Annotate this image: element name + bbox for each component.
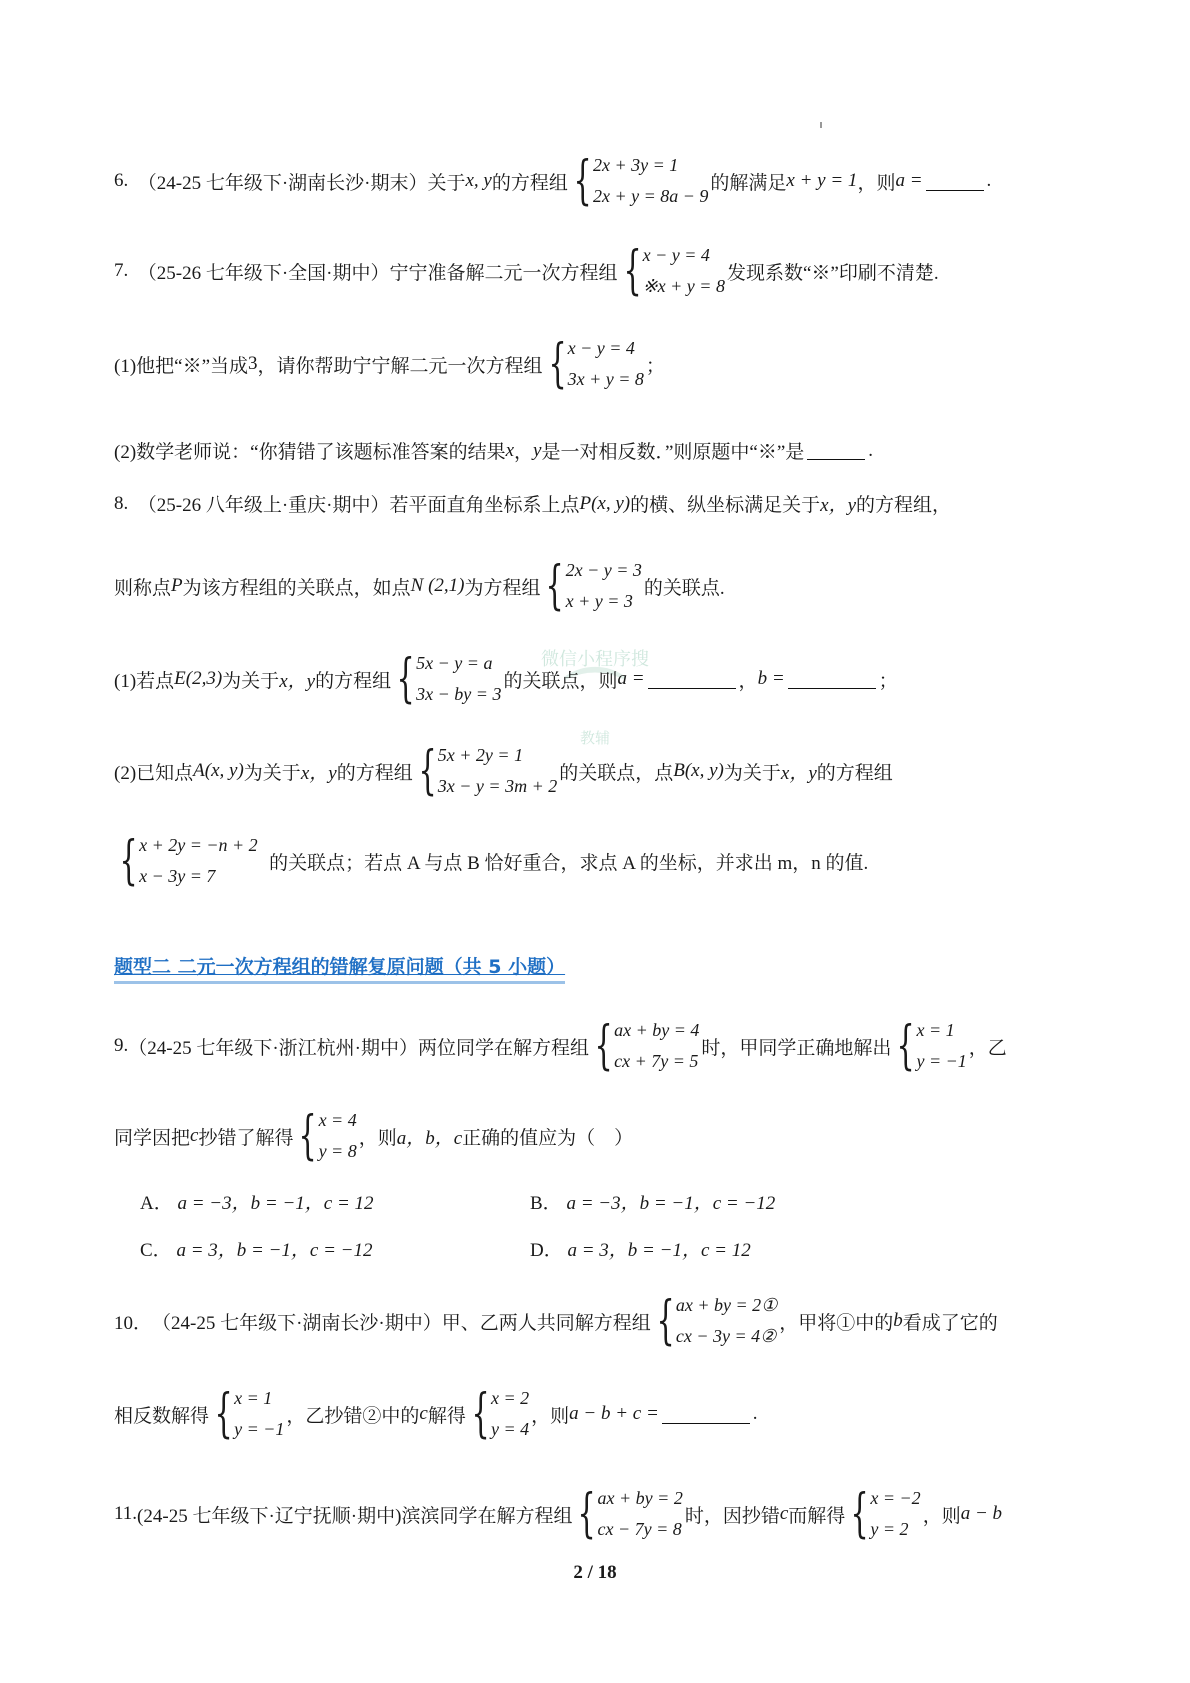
text: 是一对相反数．”则原题中“※”是 xyxy=(541,437,804,464)
text: ，则 xyxy=(923,1501,961,1528)
equation: 5x − y = a xyxy=(416,648,501,679)
brace-icon: { xyxy=(397,653,415,705)
question-number: 7. xyxy=(114,260,128,282)
answer-blank-a[interactable] xyxy=(648,670,736,689)
equation: 3x − by = 3 xyxy=(416,679,501,710)
equation: y = 8 xyxy=(319,1136,357,1167)
text: (1)他把“※”当成 xyxy=(114,351,248,378)
equation: x = 1 xyxy=(234,1383,284,1414)
option-label: D． xyxy=(530,1240,563,1261)
solution-system: { x = −2y = 2 xyxy=(847,1483,920,1545)
math: c xyxy=(780,1503,788,1525)
equation: y = −1 xyxy=(916,1046,966,1077)
text: 抄错了解得 xyxy=(198,1123,293,1150)
text: 两位同学在解方程组 xyxy=(418,1033,589,1060)
math: x，y xyxy=(301,758,337,785)
text: (1)若点 xyxy=(114,666,174,693)
text: . xyxy=(753,1403,758,1425)
option-c[interactable]: C． a = 3，b = −1，c = −12 xyxy=(140,1235,372,1262)
math: x + y = 1 xyxy=(786,170,857,192)
text: 宁宁准备解二元一次方程组 xyxy=(389,258,617,285)
brace-icon: { xyxy=(578,1488,596,1540)
brace-icon: { xyxy=(897,1020,915,1072)
answer-blank[interactable] xyxy=(807,441,865,460)
equation: ax + by = 2 xyxy=(598,1483,683,1514)
text: 的方程组 xyxy=(315,666,391,693)
equation-system: { 5x + 2y = 13x − y = 3m + 2 xyxy=(415,740,558,802)
option-b[interactable]: B． a = −3，b = −1，c = −12 xyxy=(530,1188,775,1215)
equation: x = 4 xyxy=(319,1105,357,1136)
math: c xyxy=(419,1403,427,1425)
brace-icon: { xyxy=(594,1020,612,1072)
text: (2)数学老师说：“你猜错了该题标准答案的结果 xyxy=(114,437,506,464)
question-number: 10． xyxy=(114,1308,152,1335)
section-heading: 题型二 二元一次方程组的错解复原问题（共 5 小题） xyxy=(114,952,565,984)
text: . xyxy=(868,440,873,462)
question-8-line-2: 则称点 P 为该方程组的关联点，如点 N (2,1) 为方程组 { 2x − y… xyxy=(114,555,725,617)
math: x，y xyxy=(820,490,856,517)
text: 为关于 xyxy=(724,758,781,785)
text: ，乙 xyxy=(969,1033,1007,1060)
equation-system: { 5x − y = a3x − by = 3 xyxy=(393,648,501,710)
text: 的关联点；若点 A 与点 B 恰好重合，求点 A 的坐标，并求出 m，n 的值. xyxy=(269,848,868,875)
math: N (2,1) xyxy=(411,575,465,597)
text: ， xyxy=(739,666,758,693)
text: 为关于 xyxy=(244,758,301,785)
question-8-part-2: (2)已知点 A(x, y) 为关于 x，y 的方程组 { 5x + 2y = … xyxy=(114,740,893,802)
question-number: 8. xyxy=(114,493,128,515)
equation: cx − 3y = 4② xyxy=(676,1321,777,1352)
equation: x − y = 4 xyxy=(568,333,644,364)
text: 正确的值应为（ ） xyxy=(462,1123,633,1150)
text: 的方程组， xyxy=(856,490,951,517)
equation: y = 2 xyxy=(870,1514,920,1545)
solution-system: { x = 4y = 8 xyxy=(295,1105,356,1167)
option-label: C． xyxy=(140,1240,172,1261)
question-11: 11. (24-25 七年级下·辽宁抚顺·期中) 滨滨同学在解方程组 { ax … xyxy=(114,1483,1002,1545)
text: 则称点 xyxy=(114,573,171,600)
solution-system: { x = 1y = −1 xyxy=(211,1383,284,1445)
text: ，则 xyxy=(531,1401,569,1428)
equation: cx + 7y = 5 xyxy=(614,1046,699,1077)
page-mark xyxy=(820,122,822,128)
equation-system: { x − y = 4※x + y = 8 xyxy=(620,240,725,302)
equation: x − 3y = 7 xyxy=(139,861,258,892)
question-7: 7. （25-26 七年级下·全国·期中） 宁宁准备解二元一次方程组 { x −… xyxy=(114,240,939,302)
math: a = xyxy=(617,668,644,690)
equation: x = 2 xyxy=(491,1383,529,1414)
question-source: （24-25 七年级下·浙江杭州·期中） xyxy=(128,1033,418,1060)
text: 相反数解得 xyxy=(114,1401,209,1428)
brace-icon: { xyxy=(471,1388,489,1440)
math: a，b，c xyxy=(397,1123,462,1150)
equation: x = 1 xyxy=(916,1015,966,1046)
page-number: 2 / 18 xyxy=(0,1562,1190,1584)
brace-icon: { xyxy=(851,1488,869,1540)
text: 甲、乙两人共同解方程组 xyxy=(442,1308,651,1335)
text: 解得 xyxy=(428,1401,466,1428)
equation-system: { x + 2y = −n + 2x − 3y = 7 xyxy=(116,830,258,892)
equation-system: { 2x + 3y = 12x + y = 8a − 9 xyxy=(570,150,709,212)
question-source: （24-25 七年级下·湖南长沙·期中） xyxy=(152,1308,442,1335)
solution-system: { x = 1y = −1 xyxy=(893,1015,966,1077)
math: x，y xyxy=(279,666,315,693)
brace-icon: { xyxy=(656,1295,674,1347)
equation: 3x − y = 3m + 2 xyxy=(438,771,557,802)
question-number: 6. xyxy=(114,170,128,192)
solution-system: { x = 2y = 4 xyxy=(468,1383,529,1445)
equation-system: { x − y = 43x + y = 8 xyxy=(545,333,644,395)
math: 3 xyxy=(248,353,258,375)
math: y xyxy=(533,440,541,462)
equation-system: { ax + by = 2cx − 7y = 8 xyxy=(574,1483,682,1545)
equation: 5x + 2y = 1 xyxy=(438,740,557,771)
text: 发现系数“※”印刷不清楚. xyxy=(727,258,939,285)
equation: 2x + 3y = 1 xyxy=(593,150,708,181)
answer-blank-b[interactable] xyxy=(788,670,876,689)
text: 的横、纵坐标满足关于 xyxy=(630,490,820,517)
question-9-line-2: 同学因把 c 抄错了解得 { x = 4y = 8 ，则 a，b，c 正确的值应… xyxy=(114,1105,633,1167)
equation: 2x − y = 3 xyxy=(566,555,642,586)
text: ； xyxy=(879,666,898,693)
equation-system: { ax + by = 2①cx − 3y = 4② xyxy=(653,1290,778,1352)
text: 时，甲同学正确地解出 xyxy=(701,1033,891,1060)
text: ，则 xyxy=(359,1123,397,1150)
question-source: （25-26 七年级下·全国·期中） xyxy=(138,258,390,285)
text: (2)已知点 xyxy=(114,758,193,785)
text: 为关于 xyxy=(222,666,279,693)
text: ； xyxy=(646,351,665,378)
question-10: 10． （24-25 七年级下·湖南长沙·期中） 甲、乙两人共同解方程组 { a… xyxy=(114,1290,998,1352)
text: 看成了它的 xyxy=(903,1308,998,1335)
answer-blank[interactable] xyxy=(926,172,984,191)
text: 为该方程组的关联点，如点 xyxy=(183,573,411,600)
text: ， xyxy=(514,437,533,464)
text: ，则 xyxy=(857,168,895,195)
option-text: a = 3，b = −1，c = 12 xyxy=(567,1240,750,1261)
math: x，y xyxy=(781,758,817,785)
brace-icon: { xyxy=(546,560,564,612)
text: 的关联点，则 xyxy=(503,666,617,693)
equation: x − y = 4 xyxy=(643,240,725,271)
question-9: 9. （24-25 七年级下·浙江杭州·期中） 两位同学在解方程组 { ax +… xyxy=(114,1015,1007,1077)
brace-icon: { xyxy=(623,245,641,297)
math: b = xyxy=(758,668,785,690)
math: x xyxy=(506,440,514,462)
math: E(2,3) xyxy=(174,668,222,690)
text: 为方程组 xyxy=(464,573,540,600)
answer-blank[interactable] xyxy=(662,1405,750,1424)
brace-icon: { xyxy=(573,155,591,207)
math: a − b + c = xyxy=(569,1403,659,1425)
question-number: 11. xyxy=(114,1503,137,1525)
text: ，乙抄错②中的 xyxy=(286,1401,419,1428)
brace-icon: { xyxy=(548,338,566,390)
equation: y = −1 xyxy=(234,1414,284,1445)
equation: x + 2y = −n + 2 xyxy=(139,830,258,861)
question-source: （24-25 七年级下·湖南长沙·期末） xyxy=(138,168,428,195)
brace-icon: { xyxy=(119,835,137,887)
question-7-part-2: (2)数学老师说：“你猜错了该题标准答案的结果 x ， y 是一对相反数．”则原… xyxy=(114,437,873,464)
text: 的关联点. xyxy=(644,573,725,600)
math: b xyxy=(893,1310,903,1332)
math: x, y xyxy=(466,170,492,192)
question-source: （25-26 八年级上·重庆·期中） xyxy=(138,490,390,517)
math: c xyxy=(190,1125,198,1147)
text: 同学因把 xyxy=(114,1123,190,1150)
option-label: B． xyxy=(530,1193,562,1214)
text: 时，因抄错 xyxy=(685,1501,780,1528)
equation: ※x + y = 8 xyxy=(643,271,725,302)
text: 的方程组 xyxy=(817,758,893,785)
question-6: 6. （24-25 七年级下·湖南长沙·期末） 关于 x, y 的方程组 { 2… xyxy=(114,150,991,212)
text: 滨滨同学在解方程组 xyxy=(401,1501,572,1528)
question-8-part-2-line-2: { x + 2y = −n + 2x − 3y = 7 的关联点；若点 A 与点… xyxy=(114,830,868,892)
question-8: 8. （25-26 八年级上·重庆·期中） 若平面直角坐标系上点 P(x, y)… xyxy=(114,490,951,517)
question-8-part-1: (1)若点 E(2,3) 为关于 x，y 的方程组 { 5x − y = a3x… xyxy=(114,648,898,710)
equation: ax + by = 4 xyxy=(614,1015,699,1046)
brace-icon: { xyxy=(299,1110,317,1162)
option-text: a = 3，b = −1，c = −12 xyxy=(176,1240,372,1261)
option-d[interactable]: D． a = 3，b = −1，c = 12 xyxy=(530,1235,751,1262)
question-7-part-1: (1)他把“※”当成 3 ，请你帮助宁宁解二元一次方程组 { x − y = 4… xyxy=(114,333,665,395)
question-source: (24-25 七年级下·辽宁抚顺·期中) xyxy=(137,1501,401,1528)
option-label: A． xyxy=(140,1193,173,1214)
equation-system: { ax + by = 4cx + 7y = 5 xyxy=(591,1015,699,1077)
text: 若平面直角坐标系上点 xyxy=(389,490,579,517)
math: A(x, y) xyxy=(193,760,244,782)
text: 的方程组 xyxy=(492,168,568,195)
option-text: a = −3，b = −1，c = −12 xyxy=(566,1193,775,1214)
brace-icon: { xyxy=(214,1388,232,1440)
equation: y = 4 xyxy=(491,1414,529,1445)
text: 而解得 xyxy=(788,1501,845,1528)
text: ，甲将①中的 xyxy=(779,1308,893,1335)
brace-icon: { xyxy=(418,745,436,797)
equation-system: { 2x − y = 3x + y = 3 xyxy=(542,555,641,617)
text: 的解满足 xyxy=(710,168,786,195)
equation: x + y = 3 xyxy=(566,586,642,617)
math: a − b xyxy=(961,1503,1002,1525)
question-10-line-2: 相反数解得 { x = 1y = −1 ，乙抄错②中的 c 解得 { x = 2… xyxy=(114,1383,758,1445)
option-a[interactable]: A． a = −3，b = −1，c = 12 xyxy=(140,1188,374,1215)
text: 的方程组 xyxy=(337,758,413,785)
question-number: 9. xyxy=(114,1035,128,1057)
text: . xyxy=(987,170,992,192)
math: B(x, y) xyxy=(673,760,724,782)
math: P(x, y) xyxy=(580,493,631,515)
equation: cx − 7y = 8 xyxy=(598,1514,683,1545)
math: P xyxy=(171,575,183,597)
text: 关于 xyxy=(427,168,465,195)
option-text: a = −3，b = −1，c = 12 xyxy=(177,1193,373,1214)
text: 的关联点，点 xyxy=(559,758,673,785)
text: ，请你帮助宁宁解二元一次方程组 xyxy=(258,351,543,378)
math: a = xyxy=(895,170,922,192)
equation: ax + by = 2① xyxy=(676,1290,777,1321)
equation: 2x + y = 8a − 9 xyxy=(593,181,708,212)
equation: 3x + y = 8 xyxy=(568,364,644,395)
equation: x = −2 xyxy=(870,1483,920,1514)
